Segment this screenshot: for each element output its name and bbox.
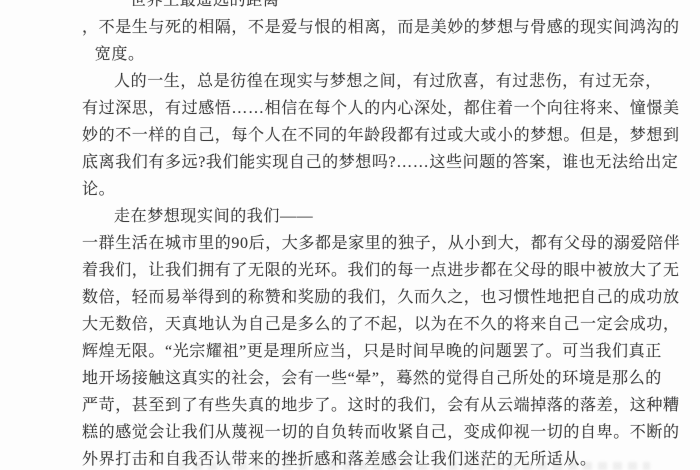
text-line: 论。 <box>82 176 682 203</box>
text-line: 辉煌无限。“光宗耀祖”更是理所应当，只是时间早晚的问题罢了。可当我们真正 <box>82 338 682 365</box>
text-line: 一群生活在城市里的90后，大多都是家里的独子，从小到大，都有父母的溺爱陪伴 <box>82 230 682 257</box>
text-line: 妙的不一样的自己，每个人在不同的年龄段都有过或大或小的梦想。但是，梦想到 <box>82 122 682 149</box>
body-text: 世界上最遥远的距离，不是生与死的相隔，不是爱与恨的相离，而是美妙的梦想与骨感的现… <box>82 0 682 470</box>
text-line: 走在梦想现实间的我们—— <box>82 203 682 230</box>
text-line: 严苛，甚至到了有些失真的地步了。这时的我们，会有从云端掉落的落差，这种糟 <box>82 392 682 419</box>
text-line: 糕的感觉会让我们从蔑视一切的自负转而收紧自己，变成仰视一切的自卑。不断的 <box>82 419 682 446</box>
text-line: 着我们，让我们拥有了无限的光环。我们的每一点进步都在父母的眼中被放大了无 <box>82 257 682 284</box>
text-line: 底离我们有多远?我们能实现自己的梦想吗?……这些问题的答案，谁也无法给出定 <box>82 149 682 176</box>
text-line: 数倍，轻而易举得到的称赞和奖励的我们，久而久之，也习惯性地把自己的成功放 <box>82 284 682 311</box>
text-line: 有过深思，有过感悟……相信在每个人的内心深处，都住着一个向往将来、憧憬美 <box>82 95 682 122</box>
text-line: 人的一生，总是彷徨在现实与梦想之间，有过欣喜，有过悲伤，有过无奈， <box>82 68 682 95</box>
text-line: 宽度。 <box>82 41 682 68</box>
clipped-next-line-artifact <box>178 462 650 470</box>
text-line: ，不是生与死的相隔，不是爱与恨的相离，而是美妙的梦想与骨感的现实间鸿沟的 <box>82 14 682 41</box>
document-page: 世界上最遥远的距离，不是生与死的相隔，不是爱与恨的相离，而是美妙的梦想与骨感的现… <box>0 0 700 470</box>
text-line: 地开场接触这真实的社会，会有一些“晕”，蓦然的觉得自己所处的环境是那么的 <box>82 365 682 392</box>
text-line: 世界上最遥远的距离 <box>82 0 682 14</box>
text-line: 大无数倍，天真地认为自己是多么的了不起，以为在不久的将来自己一定会成功， <box>82 311 682 338</box>
